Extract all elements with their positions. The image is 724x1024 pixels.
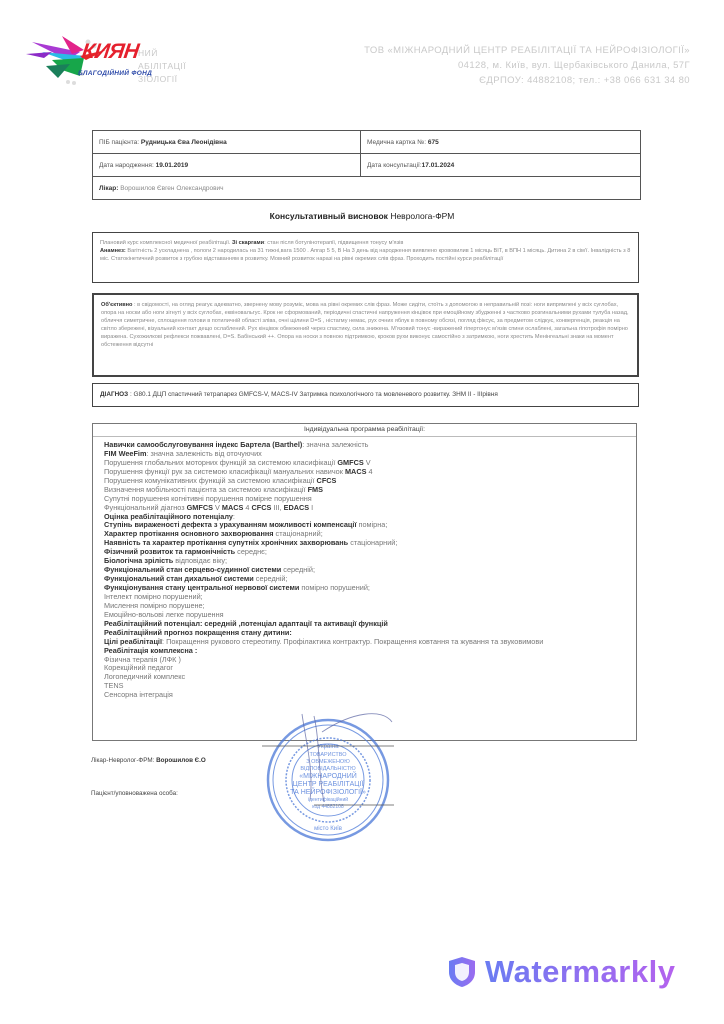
patient-name: Рудницька Єва Леонідівна: [141, 139, 227, 146]
logo-faded-line: АБІЛІТАЦІЇ: [138, 61, 186, 71]
org-registry-phone: ЄДРПОУ: 44882108; тел.: +38 066 631 34 8…: [479, 75, 690, 86]
svg-text:Україна: Україна: [317, 744, 339, 750]
logo-faded-line: ЗІОЛОГІЇ: [138, 74, 178, 84]
svg-text:ВІДПОВІДАЛЬНІСТЮ: ВІДПОВІДАЛЬНІСТЮ: [300, 766, 356, 772]
logo-name: КИЯН: [80, 40, 140, 64]
diagnosis-section: ДІАГНОЗ : G80.1 ДЦП спастичний тетрапаре…: [92, 383, 639, 407]
logo-faded-line: НИЙ: [138, 48, 158, 58]
program-line: Реабілітація комплексна :: [104, 647, 636, 656]
svg-text:З ОБМЕЖЕНОЮ: З ОБМЕЖЕНОЮ: [306, 759, 350, 765]
doctor-cell: Лікар: Ворошилов Євген Олександрович: [93, 177, 641, 200]
org-name: ТОВ «МІЖНАРОДНИЙ ЦЕНТР РЕАБІЛІТАЦІЇ ТА Н…: [364, 45, 690, 56]
svg-text:ідентифікаційний: ідентифікаційний: [308, 796, 348, 803]
doctor-name: Ворошилов Євген Олександрович: [120, 185, 223, 192]
objective-section: Об'єктивно : в свідомості, на огляд реаг…: [92, 293, 639, 377]
anamnesis-section: Плановий курс комплексної медичної реабі…: [92, 232, 639, 283]
watermark-text: Watermarkly: [485, 954, 675, 990]
svg-text:місто Київ: місто Київ: [314, 826, 342, 832]
medical-card-number: 675: [428, 139, 439, 146]
document-title: Консультативный висновок Невролога-ФРМ: [0, 211, 724, 221]
official-stamp: УкраїнаТОВАРИСТВОЗ ОБМЕЖЕНОЮВІДПОВІДАЛЬН…: [262, 712, 394, 844]
birth-date-cell: Дата народження: 19.01.2019: [93, 154, 361, 177]
consult-date: 17.01.2024: [422, 162, 455, 169]
shield-icon: [447, 955, 477, 989]
svg-text:ТОВАРИСТВО: ТОВАРИСТВО: [309, 752, 347, 758]
birth-date: 19.01.2019: [156, 162, 189, 169]
program-line: Фізична терапія (ЛФК ): [104, 656, 636, 665]
program-line: TENS: [104, 682, 636, 691]
watermark: Watermarkly: [447, 952, 675, 992]
consult-date-cell: Дата консультації:17.01.2024: [361, 154, 641, 177]
svg-text:ЦЕНТР РЕАБІЛІТАЦІЇ: ЦЕНТР РЕАБІЛІТАЦІЇ: [293, 780, 364, 788]
medical-card-cell: Медична картка №: 675: [361, 131, 641, 154]
doctor-signature-name: Ворошилов Є.О: [156, 757, 206, 764]
program-line: Логопедичний комплекс: [104, 673, 636, 682]
program-line: Сенсорна інтеграція: [104, 691, 636, 700]
org-address: 04128, м. Київ, вул. Щербаківського Дани…: [458, 60, 690, 71]
patient-info-table: ПІБ пацієнта: Рудницька Єва Леонідівна М…: [92, 130, 641, 200]
rehab-program-title: Індивідуальна программа реабілітації:: [93, 424, 636, 437]
rehab-program-lines: Навички самообслуговування індекс Бартел…: [93, 437, 636, 700]
doctor-signature-line: Лікар-Невролог-ФРМ: Ворошилов Є.О: [91, 757, 206, 764]
svg-text:ТА НЕЙРОФІЗІОЛОГІЇ»: ТА НЕЙРОФІЗІОЛОГІЇ»: [290, 787, 366, 796]
rehab-program-section: Індивідуальна программа реабілітації: На…: [92, 423, 637, 741]
svg-text:«МІЖНАРОДНИЙ: «МІЖНАРОДНИЙ: [299, 771, 357, 780]
patient-signature-line: Пацієнт/уповноважена особа:: [91, 790, 178, 797]
patient-name-cell: ПІБ пацієнта: Рудницька Єва Леонідівна: [93, 131, 361, 154]
